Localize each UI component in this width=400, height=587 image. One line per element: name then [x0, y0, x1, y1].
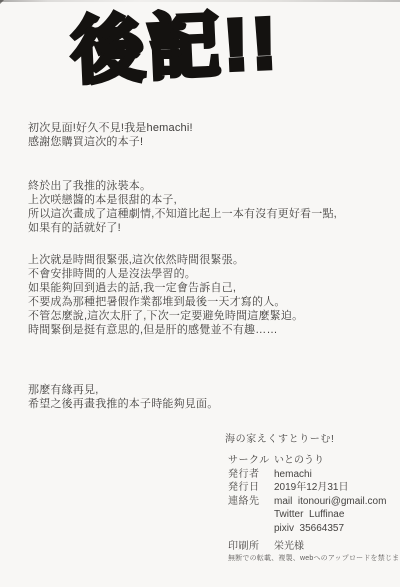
book-title: 海の家えくすとりーむ!	[225, 430, 334, 445]
colophon-row-publisher: 発行者 hemachi	[228, 468, 386, 482]
paragraph-about-book: 終於出了我推的泳裝本。 上次咲戀醬的本是很甜的本子, 所以這次畫成了這種劇情,不…	[28, 179, 337, 235]
colophon-label: 連絡先	[228, 495, 274, 536]
afterword-page: 後記!! 初次見面!好久不見!我是hemachi! 感謝您購買這次的本子! 終於…	[0, 0, 400, 587]
colophon-value: 2019年12月31日	[274, 481, 349, 495]
colophon-row-circle: サークル いとのうり	[228, 454, 386, 468]
paragraph-schedule: 上次就是時間很緊張,這次依然時間很緊張。 不會安排時間的人是沒法學習的。 如果能…	[28, 253, 303, 337]
colophon-label: サークル	[228, 454, 274, 468]
colophon-value: 栄光様	[274, 540, 304, 554]
colophon-label: 発行者	[228, 468, 274, 482]
colophon-value: いとのうり	[274, 454, 324, 468]
colophon-row-contact: 連絡先 mail itonouri@gmail.com Twitter Luff…	[228, 495, 386, 536]
colophon-row-printer: 印刷所 栄光様	[228, 540, 386, 554]
colophon-value: hemachi	[274, 468, 312, 482]
copyright-disclaimer: 無断での転載、複製、webへのアップロードを禁じます	[228, 553, 400, 563]
page-title: 後記!!	[70, 0, 282, 100]
colophon-value: mail itonouri@gmail.com Twitter Luffinae…	[274, 495, 386, 536]
colophon-label: 発行日	[228, 481, 274, 495]
paragraph-greeting: 初次見面!好久不見!我是hemachi! 感謝您購買這次的本子!	[28, 121, 193, 149]
colophon-label: 印刷所	[228, 540, 274, 554]
colophon: サークル いとのうり 発行者 hemachi 発行日 2019年12月31日 連…	[228, 454, 386, 554]
paragraph-farewell: 那麼有緣再見, 希望之後再畫我推的本子時能夠見面。	[28, 383, 218, 411]
colophon-row-date: 発行日 2019年12月31日	[228, 481, 386, 495]
